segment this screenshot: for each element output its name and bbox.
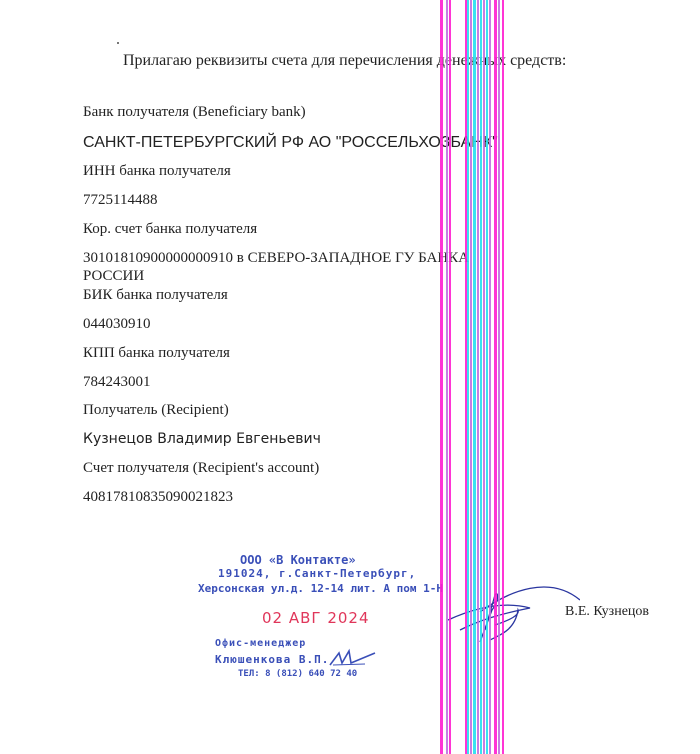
bank-inn-value: 7725114488 (83, 192, 157, 209)
speck (117, 42, 119, 44)
kpp-value: 784243001 (83, 374, 151, 391)
document-page: Прилагаю реквизиты счета для перечислени… (0, 0, 700, 754)
bik-value: 044030910 (83, 316, 151, 333)
initials-signature-icon (325, 645, 395, 670)
corr-account-label: Кор. счет банка получателя (83, 221, 257, 238)
intro-text: Прилагаю реквизиты счета для перечислени… (123, 52, 566, 70)
kpp-label: КПП банка получателя (83, 345, 230, 362)
recipient-value: Кузнецов Владимир Евгеньевич (83, 431, 321, 447)
beneficiary-bank-value: САНКТ-ПЕТЕРБУРГСКИЙ РФ АО "РОССЕЛЬХОЗБАН… (83, 134, 498, 152)
recipient-label: Получатель (Recipient) (83, 402, 229, 419)
recipient-account-label: Счет получателя (Recipient's account) (83, 460, 319, 477)
stamp-address-2: Херсонская ул.д. 12-14 лит. А пом 1-Н (198, 582, 443, 595)
signer-name: В.Е. Кузнецов (565, 604, 649, 620)
stamp-date: 02 АВГ 2024 (262, 609, 370, 627)
stamp-role: Офис-менеджер (215, 638, 306, 649)
stamp-address-1: 191024, г.Санкт-Петербург, (218, 567, 416, 580)
stamp-phone: ТЕЛ: 8 (812) 640 72 40 (238, 669, 357, 679)
corr-account-value: 30101810900000000910 в СЕВЕРО-ЗАПАДНОЕ Г… (83, 249, 483, 285)
bik-label: БИК банка получателя (83, 287, 228, 304)
recipient-account-value: 40817810835090021823 (83, 489, 233, 506)
beneficiary-bank-label: Банк получателя (Beneficiary bank) (83, 104, 306, 121)
stamp-person: Клюшенкова В.П. (215, 653, 329, 666)
stamp-company: ООО «В Контакте» (240, 553, 356, 567)
bank-inn-label: ИНН банка получателя (83, 163, 231, 180)
signature-icon (440, 570, 580, 650)
